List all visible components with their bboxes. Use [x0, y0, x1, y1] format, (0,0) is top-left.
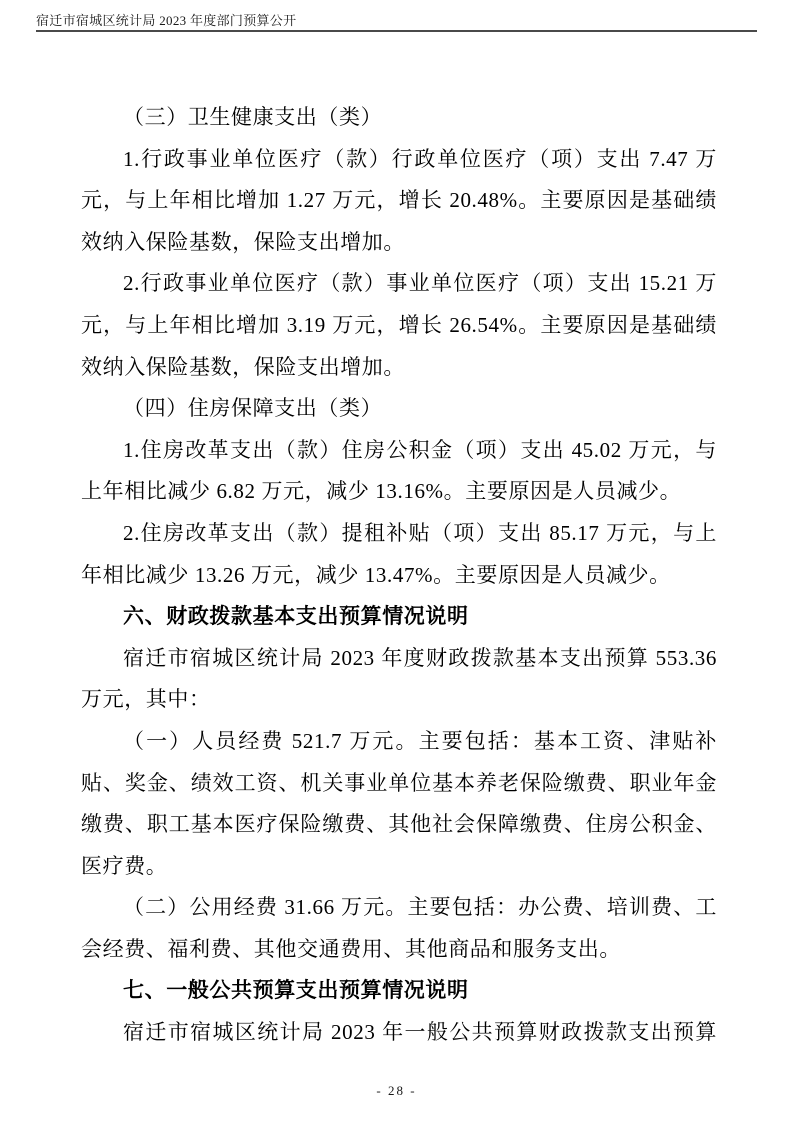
paragraph: 宿迁市宿城区统计局 2023 年度财政拨款基本支出预算 553.36 万元，其中…: [81, 638, 717, 721]
paragraph: （二）公用经费 31.66 万元。主要包括：办公费、培训费、工会经费、福利费、其…: [81, 887, 717, 970]
document-page: 宿迁市宿城区统计局 2023 年度部门预算公开 （三）卫生健康支出（类）1.行政…: [0, 0, 793, 1122]
page-header: 宿迁市宿城区统计局 2023 年度部门预算公开: [36, 0, 757, 32]
header-title: 宿迁市宿城区统计局 2023 年度部门预算公开: [36, 0, 757, 28]
page-footer: - 28 -: [0, 1082, 793, 1100]
paragraph: （一）人员经费 521.7 万元。主要包括：基本工资、津贴补贴、奖金、绩效工资、…: [81, 721, 717, 887]
document-body: （三）卫生健康支出（类）1.行政事业单位医疗（款）行政单位医疗（项）支出 7.4…: [81, 97, 717, 1054]
paragraph: 2.住房改革支出（款）提租补贴（项）支出 85.17 万元，与上年相比减少 13…: [81, 513, 717, 596]
paragraph: （四）住房保障支出（类）: [81, 388, 717, 430]
paragraph: 1.行政事业单位医疗（款）行政单位医疗（项）支出 7.47 万元，与上年相比增加…: [81, 139, 717, 264]
section-heading: 六、财政拨款基本支出预算情况说明: [81, 596, 717, 638]
header-rule: [36, 30, 757, 32]
paragraph: 1.住房改革支出（款）住房公积金（项）支出 45.02 万元，与上年相比减少 6…: [81, 430, 717, 513]
paragraph: （三）卫生健康支出（类）: [81, 97, 717, 139]
page-number: - 28 -: [376, 1083, 416, 1098]
paragraph: 宿迁市宿城区统计局 2023 年一般公共预算财政拨款支出预算: [81, 1012, 717, 1054]
paragraph: 2.行政事业单位医疗（款）事业单位医疗（项）支出 15.21 万元，与上年相比增…: [81, 263, 717, 388]
section-heading: 七、一般公共预算支出预算情况说明: [81, 970, 717, 1012]
